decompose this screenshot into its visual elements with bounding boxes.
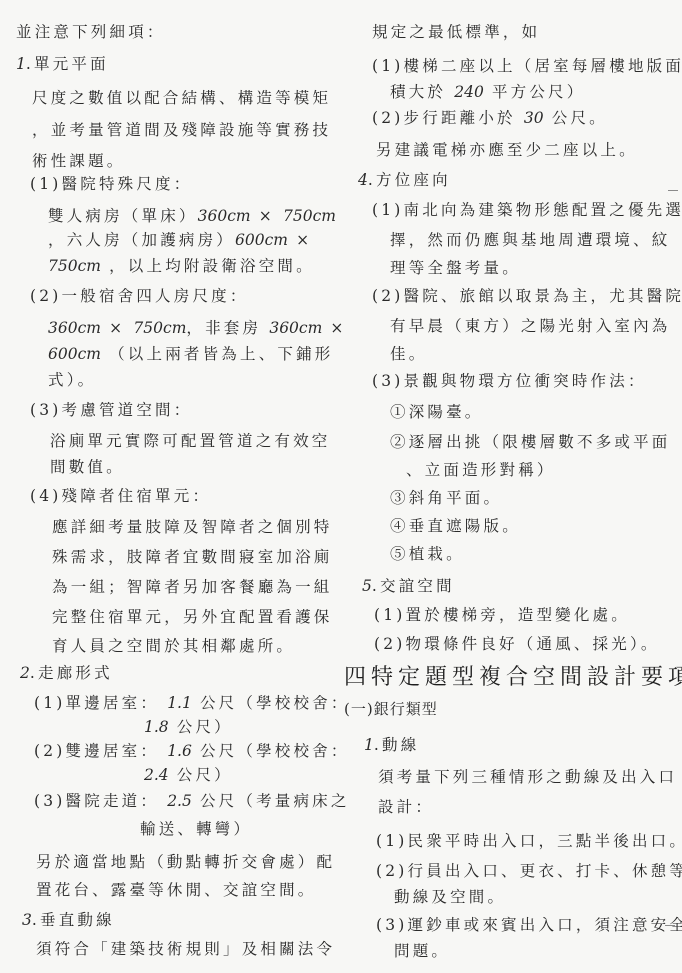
text-line: 750cm ，以上均附設衛浴空間。 xyxy=(48,256,315,276)
text-line: (1)置於樓梯旁，造型變化處。 xyxy=(374,605,630,625)
scanned-book-page: 並注意下列細項：1.單元平面尺度之數值以配合結構、構造等模矩，並考量管道間及殘障… xyxy=(0,0,682,973)
text-line: (1)樓梯二座以上（居室每層樓地版面 xyxy=(372,56,682,76)
text-line: 須符合「建築技術規則」及相關法令 xyxy=(36,939,335,959)
text-line: ④垂直遮陽版。 xyxy=(390,516,521,536)
text-line: 殊需求，肢障者宜數間寢室加浴廁 xyxy=(52,547,333,567)
text-line: 育人員之空間於其相鄰處所。 xyxy=(52,636,295,656)
text-line: (3)運鈔車或來賓出入口，須注意安全 xyxy=(376,915,682,935)
margin-mark xyxy=(665,925,675,926)
text-line: 規定之最低標準，如 xyxy=(372,22,540,42)
text-line: 雙人病房（單床）360cm × 750cm xyxy=(48,206,336,226)
text-line: 式）。 xyxy=(48,370,96,390)
text-line: 設計： xyxy=(378,797,434,817)
text-line: 2.走廊形式 xyxy=(20,663,113,683)
text-line: 置花台、露臺等休閒、交誼空間。 xyxy=(36,880,317,900)
text-line: 另建議電梯亦應至少二座以上。 xyxy=(376,140,638,160)
text-line: 2.4 公尺） xyxy=(144,765,233,785)
text-line: (2)物環條件良好（通風、採光）。 xyxy=(374,634,660,654)
text-line: 並注意下列細項： xyxy=(16,22,166,42)
text-line: 積大於 240 平方公尺） xyxy=(390,82,585,102)
text-line: (1)醫院特殊尺度： xyxy=(30,174,192,194)
text-line: 完整住宿單元，另外宜配置看護保 xyxy=(52,607,333,627)
text-line: (3)景觀與物環方位衝突時作法： xyxy=(372,371,647,391)
text-line: 動線及空間。 xyxy=(394,887,506,907)
text-line: 尺度之數值以配合結構、構造等模矩 xyxy=(32,88,331,108)
text-line: 360cm × 750cm，非套房 360cm × xyxy=(48,318,347,338)
text-line: ②逐層出挑（限樓層數不多或平面 xyxy=(390,432,671,452)
text-line: ，並考量管道間及殘障設施等實務技 xyxy=(32,120,331,140)
text-line: (3)醫院走道： 2.5 公尺（考量病床之 xyxy=(34,791,350,811)
text-line: (1)南北向為建築物形態配置之優先選 xyxy=(372,200,682,220)
text-line: ，六人房（加護病房）600cm × xyxy=(48,230,312,250)
text-line: 問題。 xyxy=(394,941,450,961)
text-line: 600cm （以上兩者皆為上、下鋪形 xyxy=(48,344,334,364)
text-line: 輸送、轉彎） xyxy=(140,819,252,839)
text-line: 為一組；智障者另加客餐廳為一組 xyxy=(52,577,333,597)
text-line: 、立面造形對稱） xyxy=(406,460,556,480)
text-line: (2)步行距離小於 30 公尺。 xyxy=(372,108,608,128)
text-line: (4)殘障者住宿單元： xyxy=(30,486,211,506)
text-line: ③斜角平面。 xyxy=(390,488,502,508)
text-line: (2)雙邊居室： 1.6 公尺（學校校舍： xyxy=(34,741,350,761)
text-line: 1.單元平面 xyxy=(16,54,109,74)
text-line: 理等全盤考量。 xyxy=(390,258,521,278)
margin-mark xyxy=(668,190,678,191)
section-heading: 四特定題型複合空間設計要項： xyxy=(344,664,682,692)
text-line: 間數值。 xyxy=(50,457,125,477)
text-line: ⑤植栽。 xyxy=(390,544,465,564)
text-line: 1.8 公尺） xyxy=(144,717,233,737)
text-line: 5.交誼空間 xyxy=(362,576,455,596)
text-line: 浴廁單元實際可配置管道之有效空 xyxy=(50,431,331,451)
text-line: 須考量下列三種情形之動線及出入口 xyxy=(378,767,677,787)
text-line: 3.垂直動線 xyxy=(22,910,115,930)
text-line: 擇，然而仍應與基地周遭環境、紋 xyxy=(390,230,671,250)
text-line: ①深陽臺。 xyxy=(390,402,484,422)
text-line: (3)考慮管道空間： xyxy=(30,400,192,420)
text-line: (2)行員出入口、更衣、打卡、休憩等 xyxy=(376,861,682,881)
subsection-heading: (一)銀行類型 xyxy=(344,699,438,719)
text-line: (1)單邊居室： 1.1 公尺（學校校舍： xyxy=(34,693,350,713)
text-line: 術性課題。 xyxy=(32,151,126,171)
text-line: 有早晨（東方）之陽光射入室內為 xyxy=(390,316,671,336)
text-line: 應詳細考量肢障及智障者之個別特 xyxy=(52,517,333,537)
text-line: (1)民衆平時出入口，三點半後出口。 xyxy=(376,831,682,851)
text-line: (2)一般宿舍四人房尺度： xyxy=(30,286,249,306)
text-line: (2)醫院、旅館以取景為主，尤其醫院 xyxy=(372,286,682,306)
text-line: 4.方位座向 xyxy=(358,170,451,190)
text-line: 另於適當地點（動點轉折交會處）配 xyxy=(36,852,335,872)
text-line: 1.動線 xyxy=(364,735,419,755)
text-line: 佳。 xyxy=(390,344,427,364)
